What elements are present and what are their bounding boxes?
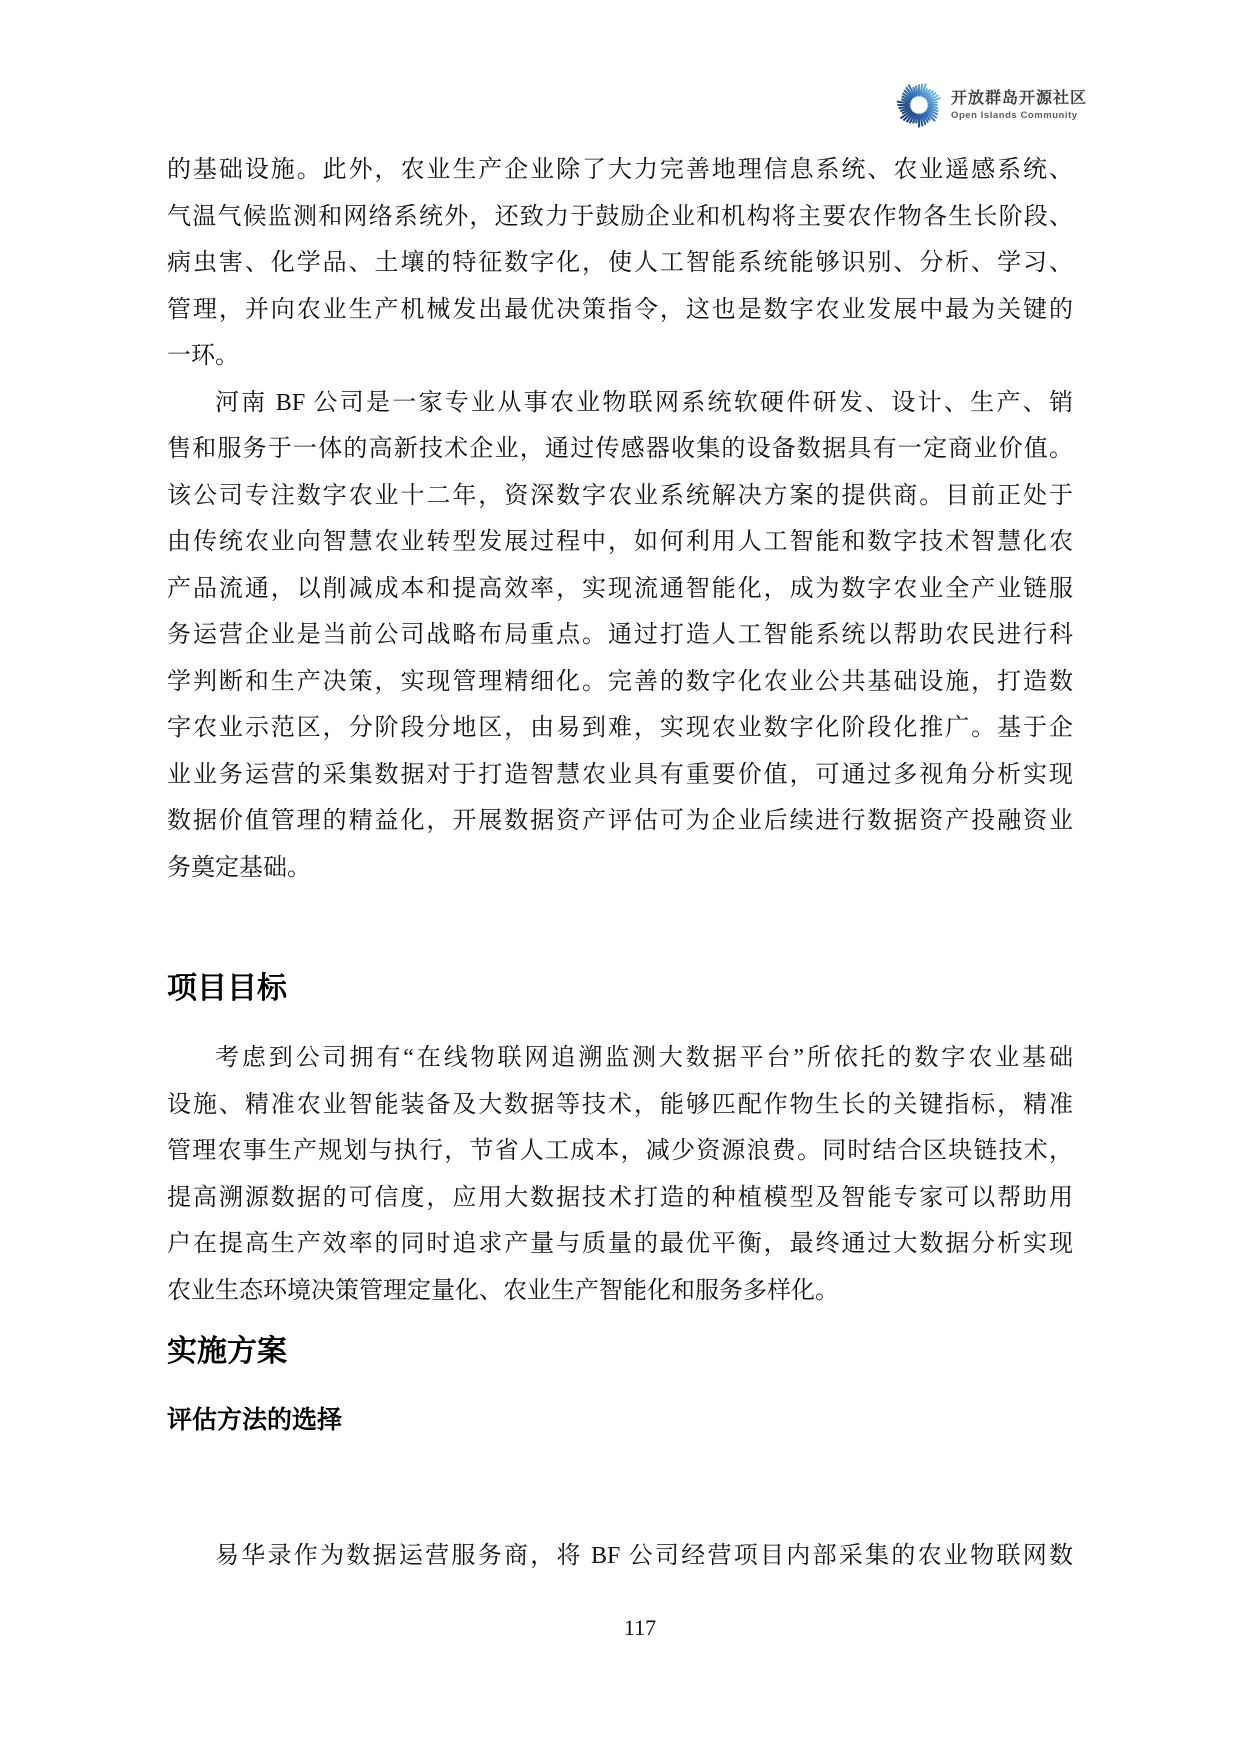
- text-line: 该公司专注数字农业十二年，资深数字农业系统解决方案的提供商。目前正处于: [167, 473, 1073, 520]
- page-number: 117: [20, 1614, 1240, 1642]
- text-line: 管理农事生产规划与执行，节省人工成本，减少资源浪费。同时结合区块链技术，: [167, 1128, 1073, 1175]
- subsection-heading-method-selection: 评估方法的选择: [167, 1403, 1073, 1437]
- text-line: 产品流通，以削减成本和提高效率，实现流通智能化，成为数字农业全产业链服: [167, 566, 1073, 613]
- text-line: 售和服务于一体的高新技术企业，通过传感器收集的设备数据具有一定商业价值。: [167, 426, 1073, 473]
- text-line: 户在提高生产效率的同时追求产量与质量的最优平衡，最终通过大数据分析实现: [167, 1221, 1073, 1268]
- text-line: 学判断和生产决策，实现管理精细化。完善的数字化农业公共基础设施，打造数: [167, 659, 1073, 706]
- document-page: 开放群岛开源社区 Open Islands Community 的基础设施。此外…: [0, 0, 1240, 1753]
- text-line: 考虑到公司拥有“在线物联网追溯监测大数据平台”所依托的数字农业基础: [167, 1035, 1073, 1082]
- text-line: 的基础设施。此外，农业生产企业除了大力完善地理信息系统、农业遥感系统、: [167, 147, 1073, 194]
- open-islands-starburst-icon: [896, 82, 942, 128]
- logo-subtitle: Open Islands Community: [951, 110, 1087, 121]
- text-line: 业业务运营的采集数据对于打造智慧农业具有重要价值，可通过多视角分析实现: [167, 752, 1073, 799]
- section-heading-implementation: 实施方案: [167, 1332, 1073, 1372]
- text-line: 字农业示范区，分阶段分地区，由易到难，实现农业数字化阶段化推广。基于企: [167, 705, 1073, 752]
- text-line: 气温气候监测和网络系统外，还致力于鼓励企业和机构将主要农作物各生长阶段、: [167, 194, 1073, 241]
- text-line: 病虫害、化学品、土壤的特征数字化，使人工智能系统能够识别、分析、学习、: [167, 240, 1073, 287]
- text-line: 设施、精准农业智能装备及大数据等技术，能够匹配作物生长的关键指标，精准: [167, 1082, 1073, 1129]
- logo-text: 开放群岛开源社区 Open Islands Community: [951, 90, 1087, 121]
- body-text-block: 的基础设施。此外，农业生产企业除了大力完善地理信息系统、农业遥感系统、 气温气候…: [167, 147, 1073, 891]
- text-line: 提高溯源数据的可信度，应用大数据技术打造的种植模型及智能专家可以帮助用: [167, 1175, 1073, 1222]
- text-line: 一环。: [167, 333, 1073, 380]
- section-heading-project-goal: 项目目标: [167, 969, 1073, 1009]
- text-line: 农业生态环境决策管理定量化、农业生产智能化和服务多样化。: [167, 1268, 1073, 1315]
- text-line: 易华录作为数据运营服务商，将 BF 公司经营项目内部采集的农业物联网数: [167, 1533, 1073, 1580]
- paragraph: 河南 BF 公司是一家专业从事农业物联网系统软硬件研发、设计、生产、销 售和服务…: [167, 380, 1073, 892]
- text-line: 由传统农业向智慧农业转型发展过程中，如何利用人工智能和数字技术智慧化农: [167, 519, 1073, 566]
- paragraph: 的基础设施。此外，农业生产企业除了大力完善地理信息系统、农业遥感系统、 气温气候…: [167, 147, 1073, 380]
- logo-title: 开放群岛开源社区: [951, 90, 1087, 108]
- text-line: 管理，并向农业生产机械发出最优决策指令，这也是数字农业发展中最为关键的: [167, 287, 1073, 334]
- text-line: 数据价值管理的精益化，开展数据资产评估可为企业后续进行数据资产投融资业: [167, 798, 1073, 845]
- paragraph: 易华录作为数据运营服务商，将 BF 公司经营项目内部采集的农业物联网数: [167, 1533, 1073, 1580]
- header-logo: 开放群岛开源社区 Open Islands Community: [896, 82, 1087, 128]
- text-line: 河南 BF 公司是一家专业从事农业物联网系统软硬件研发、设计、生产、销: [167, 380, 1073, 427]
- text-line: 务运营企业是当前公司战略布局重点。通过打造人工智能系统以帮助农民进行科: [167, 612, 1073, 659]
- text-line: 务奠定基础。: [167, 845, 1073, 892]
- paragraph: 考虑到公司拥有“在线物联网追溯监测大数据平台”所依托的数字农业基础 设施、精准农…: [167, 1035, 1073, 1314]
